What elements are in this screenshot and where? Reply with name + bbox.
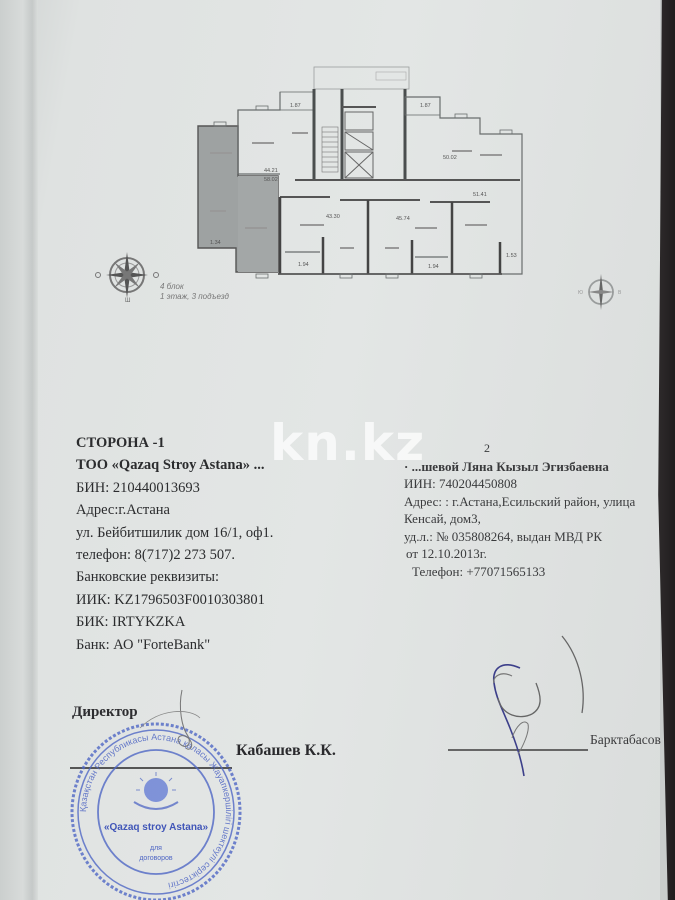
party2-id: уд.л.: № 035808264, выдан МВД РК xyxy=(404,528,635,546)
party1-details: СТОРОНА -1 ТОО «Qazaq Stroy Astana» ... … xyxy=(76,432,273,656)
party2-signatory-name: Барктабасов xyxy=(590,732,661,748)
area-label: 50.02 xyxy=(443,155,457,161)
party1-company: ТОО «Qazaq Stroy Astana» ... xyxy=(76,454,273,476)
area-label: 58.02 xyxy=(264,177,278,183)
area-label: 44.21 xyxy=(264,168,278,174)
svg-text:Ю: Ю xyxy=(578,290,583,296)
floor-plan: 1.87 1.87 44.21 58.02 50.02 51.41 43.30 … xyxy=(190,62,530,312)
svg-text:Ш: Ш xyxy=(125,298,131,304)
compass-rose-icon: Ю В xyxy=(578,272,624,312)
area-label: 43.30 xyxy=(326,214,340,220)
party1-street: ул. Бейбитшилик дом 16/1, оф1. xyxy=(76,522,273,544)
area-label: 1.94 xyxy=(298,262,309,268)
party1-bin: БИН: 210440013693 xyxy=(76,477,273,499)
party1-bank-label: Банковские реквизиты: xyxy=(76,566,273,588)
area-label: 1.53 xyxy=(506,253,517,259)
svg-text:В: В xyxy=(618,290,622,296)
party2-phone: Телефон: +77071565133 xyxy=(404,563,635,581)
document-page: 1.87 1.87 44.21 58.02 50.02 51.41 43.30 … xyxy=(0,0,660,900)
area-label: 51.41 xyxy=(473,192,487,198)
area-label: 45.74 xyxy=(396,216,410,222)
director-name: Кабашев К.К. xyxy=(236,742,336,760)
svg-text:«Qazaq stroy Astana»: «Qazaq stroy Astana» xyxy=(104,822,209,833)
party2-name: · ...шевой Ляна Кызыл Эгизбаевна xyxy=(404,458,635,476)
page-edge-shadow xyxy=(0,0,38,900)
watermark: kn.kz xyxy=(270,418,425,468)
party1-phone: телефон: 8(717)2 273 507. xyxy=(76,544,273,566)
party1-iik: ИИК: KZ1796503F0010303801 xyxy=(76,589,273,611)
party1-address: Адрес:г.Астана xyxy=(76,499,273,521)
director-signature xyxy=(130,688,210,758)
area-label: 1.34 xyxy=(210,240,221,246)
party2-address2: Кенсай, дом3, xyxy=(404,510,635,528)
party1-bank: Банк: АО "ForteBank" xyxy=(76,634,273,656)
party1-bik: БИК: IRTYKZKA xyxy=(76,611,273,633)
party2-signature xyxy=(472,628,592,778)
compass-rose-icon: Ш xyxy=(94,248,160,304)
party2-details: 2 · ...шевой Ляна Кызыл Эгизбаевна ИИН: … xyxy=(404,440,635,580)
party1-heading: СТОРОНА -1 xyxy=(76,432,273,454)
party2-number: 2 xyxy=(404,440,635,458)
party2-iin: ИИН: 740204450808 xyxy=(404,475,635,493)
plan-caption: 4 блок 1 этаж, 3 подъезд xyxy=(160,282,229,302)
svg-text:договоров: договоров xyxy=(139,855,173,862)
area-label: 1.87 xyxy=(290,103,301,109)
svg-text:для: для xyxy=(150,845,162,852)
party2-id-date: от 12.10.2013г. xyxy=(404,545,635,563)
area-label: 1.94 xyxy=(428,264,439,270)
party2-address: Адрес: : г.Астана,Есильский район, улица xyxy=(404,493,635,511)
area-label: 1.87 xyxy=(420,103,431,109)
